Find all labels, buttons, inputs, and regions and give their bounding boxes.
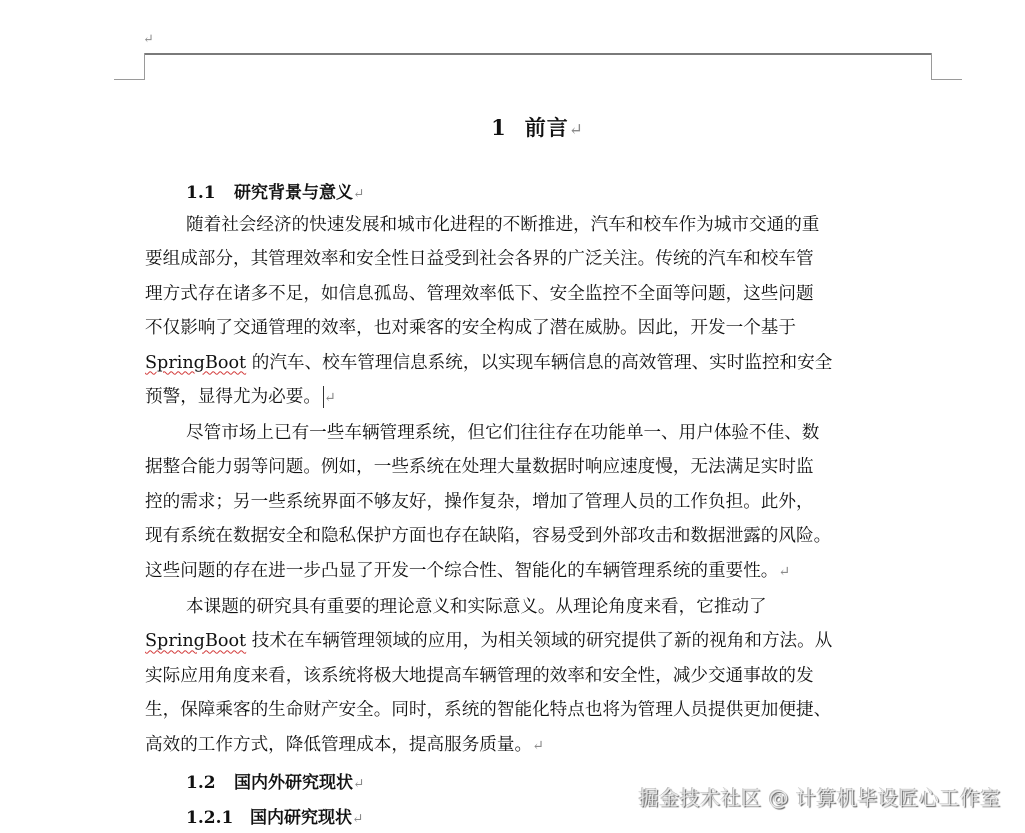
text-line: 要组成部分，其管理效率和安全性日益受到社会各界的广泛关注。传统的汽车和校车管 <box>145 242 945 276</box>
section-title: 国内研究现状 <box>250 808 352 828</box>
text-line: 理方式存在诸多不足，如信息孤岛、管理效率低下、安全监控不全面等问题，这些问题 <box>145 277 945 311</box>
header-paragraph-mark-icon: ↵ <box>143 34 154 47</box>
text-line: 尽管市场上已有一些车辆管理系统，但它们往往存在功能单一、用户体验不佳、数 <box>145 416 945 450</box>
text-line: 生，保障乘客的生命财产安全。同时，系统的智能化特点也将为管理人员提供更加便捷、 <box>145 693 945 727</box>
spellcheck-flagged-word[interactable]: SpringBoot <box>145 353 246 373</box>
paragraph-mark-icon: ↵ <box>353 776 364 792</box>
header-rule <box>145 53 932 55</box>
section-number: 1.2.1 <box>186 808 250 828</box>
chapter-title-text: 前言 <box>525 115 569 140</box>
left-crop-mark <box>144 53 145 80</box>
paragraph-mark-icon: ↵ <box>324 390 336 406</box>
paragraph-mark-icon: ↵ <box>569 119 584 139</box>
text-line: 现有系统在数据安全和隐私保护方面也存在缺陷，容易受到外部攻击和数据泄露的风险。 <box>145 519 945 553</box>
body-paragraph-3[interactable]: 本课题的研究具有重要的理论意义和实际意义。从理论角度来看，它推动了 Spring… <box>145 590 945 762</box>
text-line: 实际应用角度来看，该系统将极大地提高车辆管理的效率和安全性，减少交通事故的发 <box>145 659 945 693</box>
paragraph-mark-icon: ↵ <box>778 564 790 580</box>
text-line: 这些问题的存在进一步凸显了开发一个综合性、智能化的车辆管理系统的重要性。↵ <box>145 554 945 588</box>
section-heading-1-2[interactable]: 1.2国内外研究现状↵ <box>186 768 364 793</box>
section-title: 国内外研究现状 <box>234 773 353 793</box>
section-heading-1-2-1[interactable]: 1.2.1国内研究现状↵ <box>186 803 363 828</box>
right-crop-mark <box>931 53 932 80</box>
right-crop-mark-horizontal <box>931 79 962 80</box>
chapter-title[interactable]: 1前言↵ <box>0 112 1025 142</box>
body-paragraph-2[interactable]: 尽管市场上已有一些车辆管理系统，但它们往往存在功能单一、用户体验不佳、数 据整合… <box>145 416 945 588</box>
paragraph-mark-icon: ↵ <box>532 738 544 754</box>
section-number: 1.1 <box>186 183 234 203</box>
body-paragraph-1[interactable]: 随着社会经济的快速发展和城市化进程的不断推进，汽车和校车作为城市交通的重 要组成… <box>145 208 945 414</box>
text-line: 不仅影响了交通管理的效率，也对乘客的安全构成了潜在威胁。因此，开发一个基于 <box>145 311 945 345</box>
paragraph-mark-icon: ↵ <box>353 186 364 202</box>
left-crop-mark-horizontal <box>114 79 145 80</box>
text-line: SpringBoot 的汽车、校车管理信息系统，以实现车辆信息的高效管理、实时监… <box>145 346 945 380</box>
text-line: SpringBoot 技术在车辆管理领域的应用，为相关领域的研究提供了新的视角和… <box>145 624 945 658</box>
watermark: 掘金技术社区 @ 计算机毕设匠心工作室 <box>639 782 1001 811</box>
section-title: 研究背景与意义 <box>234 183 353 203</box>
chapter-number: 1 <box>491 115 507 140</box>
text-line: 本课题的研究具有重要的理论意义和实际意义。从理论角度来看，它推动了 <box>145 590 945 624</box>
document-page: ↵ 1前言↵ 1.1研究背景与意义↵ 随着社会经济的快速发展和城市化进程的不断推… <box>0 0 1025 833</box>
text-line: 控的需求；另一些系统界面不够友好，操作复杂，增加了管理人员的工作负担。此外， <box>145 485 945 519</box>
spellcheck-flagged-word[interactable]: SpringBoot <box>145 631 246 651</box>
section-number: 1.2 <box>186 773 234 793</box>
text-line: 高效的工作方式，降低管理成本，提高服务质量。↵ <box>145 728 945 762</box>
text-line: 预警，显得尤为必要。↵ <box>145 380 945 414</box>
section-heading-1-1[interactable]: 1.1研究背景与意义↵ <box>186 178 364 203</box>
paragraph-mark-icon: ↵ <box>352 811 363 827</box>
text-line: 据整合能力弱等问题。例如，一些系统在处理大量数据时响应速度慢，无法满足实时监 <box>145 450 945 484</box>
text-line: 随着社会经济的快速发展和城市化进程的不断推进，汽车和校车作为城市交通的重 <box>145 208 945 242</box>
